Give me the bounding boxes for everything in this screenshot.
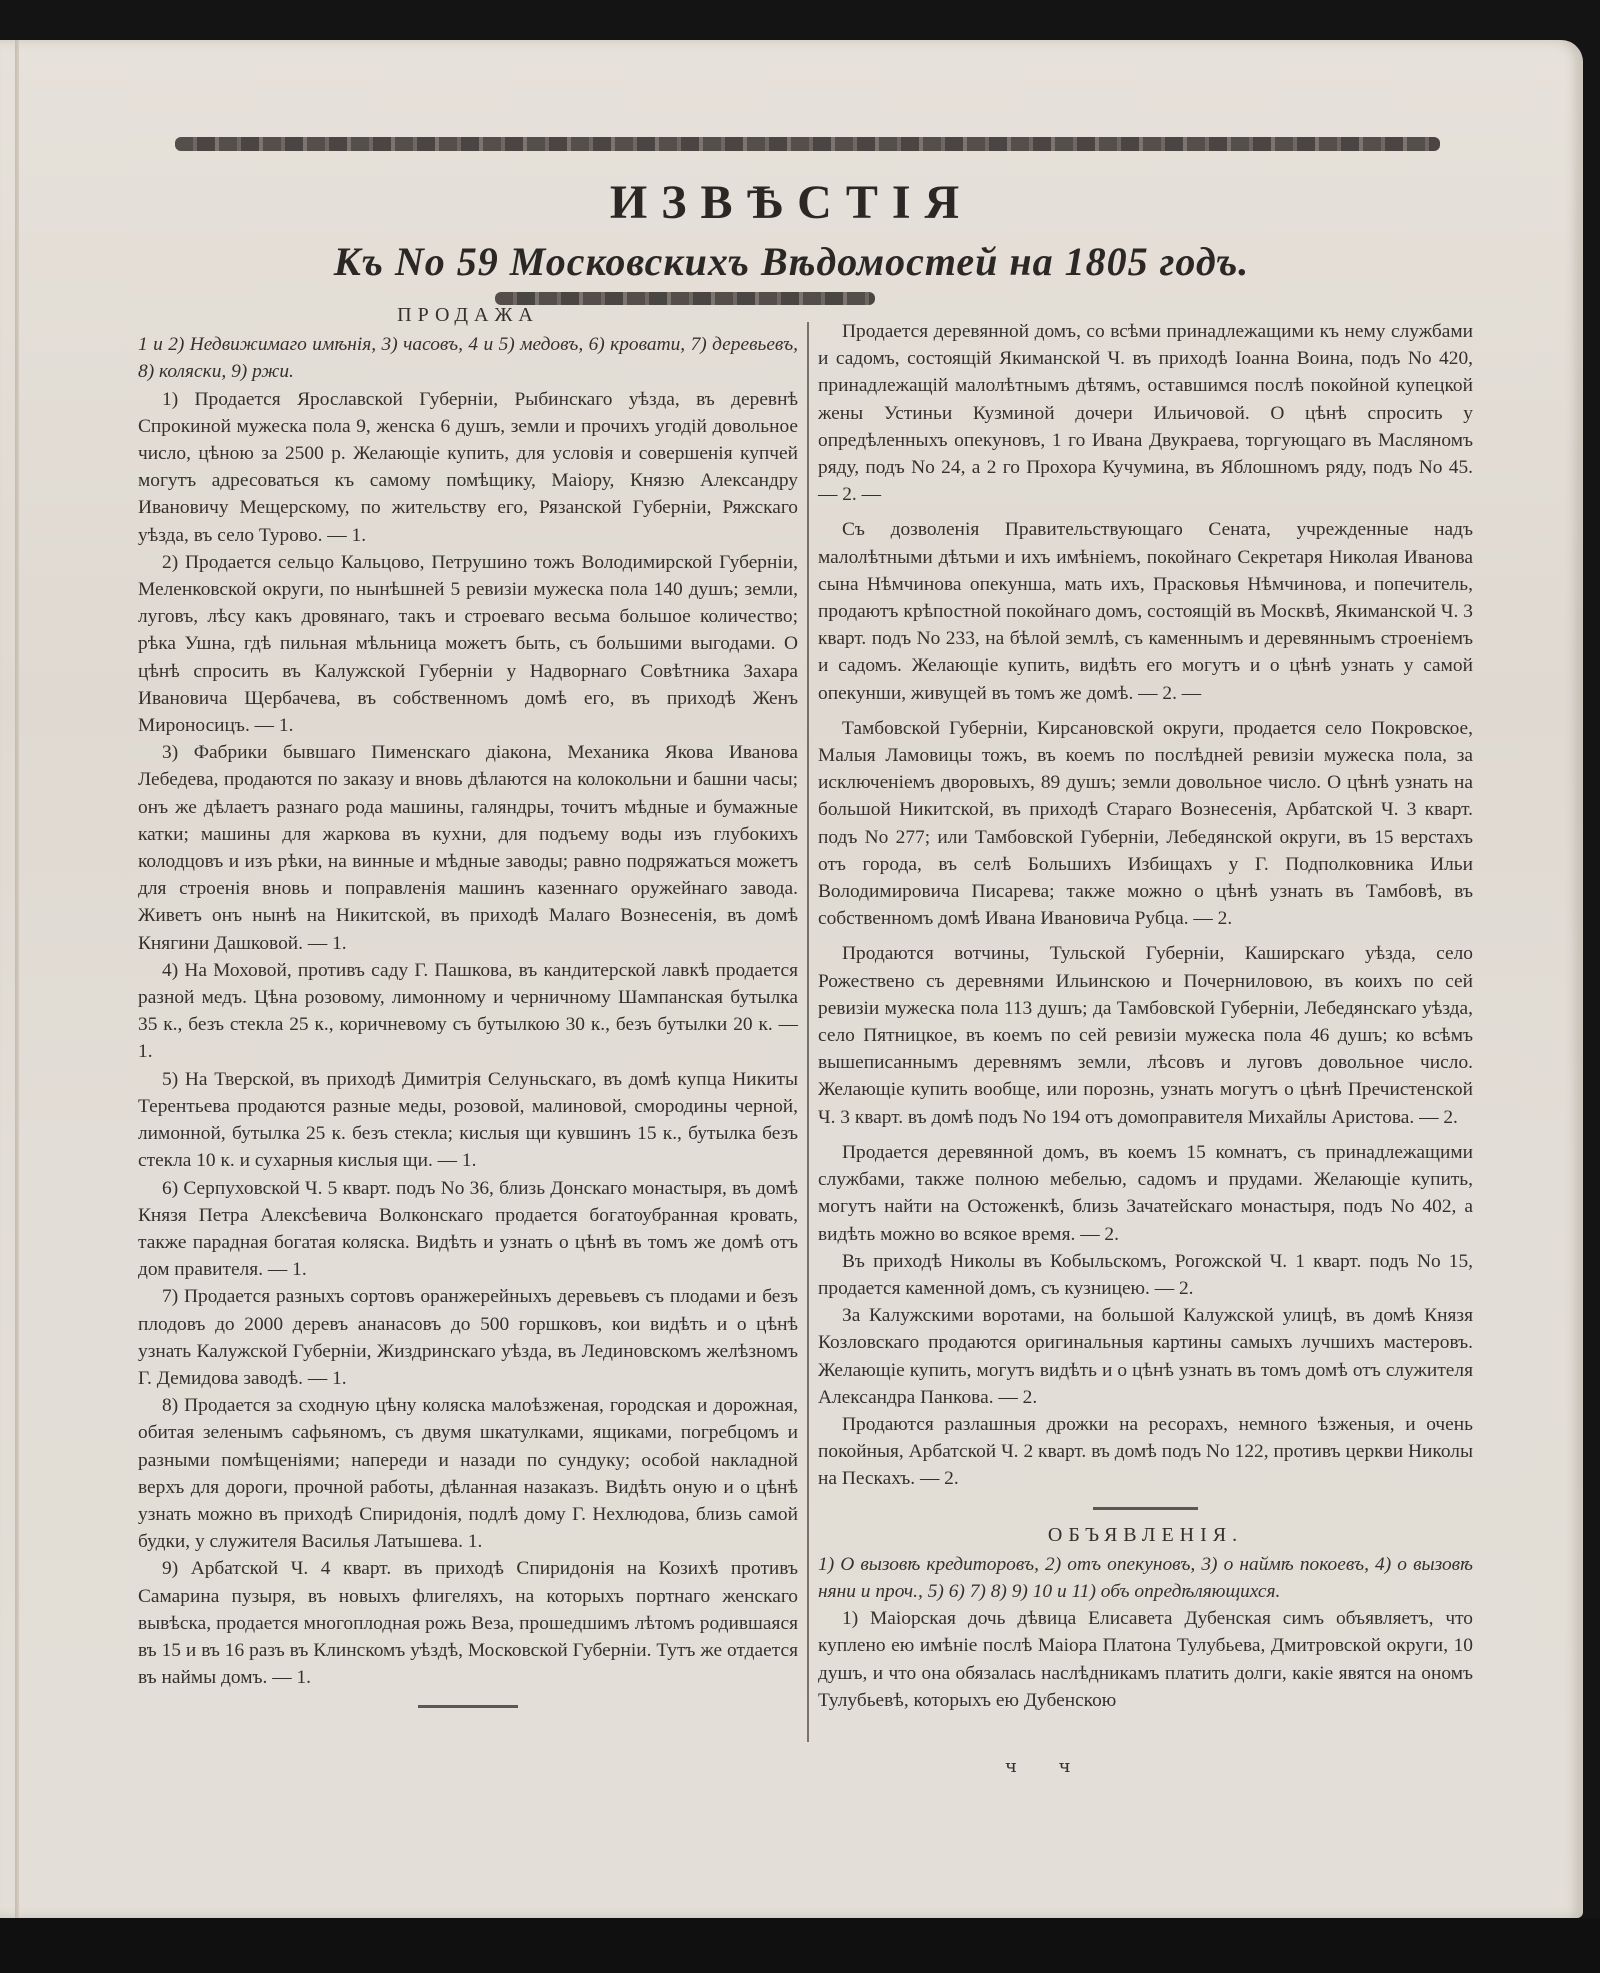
sale-item: За Калужскими воротами, на большой Калуж… bbox=[818, 1302, 1473, 1411]
sale-item: 3) Фабрики бывшаго Пименскаго діакона, М… bbox=[138, 739, 798, 957]
section-separator-rule bbox=[1093, 1507, 1198, 1510]
sale-item: Продается деревянной домъ, со всѣми прин… bbox=[818, 318, 1473, 508]
announcement-item: 1) Маіорская дочь дѣвица Елисавета Дубен… bbox=[818, 1605, 1473, 1714]
background-band bbox=[0, 1918, 1600, 1973]
sale-item: 5) На Тверской, въ приходѣ Димитрія Селу… bbox=[138, 1066, 798, 1175]
sale-item: 8) Продается за сходную цѣну коляска мал… bbox=[138, 1392, 798, 1555]
sale-item: Продаются вотчины, Тульской Губерніи, Ка… bbox=[818, 940, 1473, 1130]
sale-item: 4) На Моховой, противъ саду Г. Пашкова, … bbox=[138, 957, 798, 1066]
page-title: ИЗВѢСТІЯ bbox=[0, 175, 1583, 230]
sale-contents: 1 и 2) Недвижимаго имѣнія, 3) часовъ, 4 … bbox=[138, 331, 798, 385]
sale-item: 9) Арбатской Ч. 4 кварт. въ приходѣ Спир… bbox=[138, 1555, 798, 1691]
announcements-contents: 1) О вызовѣ кредиторовъ, 2) отъ опекунов… bbox=[818, 1551, 1473, 1605]
section-title-sale: ПРОДАЖА bbox=[138, 302, 798, 329]
column-end-rule bbox=[418, 1705, 518, 1708]
section-title-announcements: ОБЪЯВЛЕНІЯ. bbox=[818, 1522, 1473, 1549]
sale-item: Продаются разлашныя дрожки на ресорахъ, … bbox=[818, 1411, 1473, 1493]
right-column: Продается деревянной домъ, со всѣми прин… bbox=[818, 318, 1473, 1714]
sale-item: Въ приходѣ Николы въ Кобыльскомъ, Рогожс… bbox=[818, 1248, 1473, 1302]
sale-item: 6) Серпуховской Ч. 5 кварт. подъ No 36, … bbox=[138, 1175, 798, 1284]
left-column: ПРОДАЖА 1 и 2) Недвижимаго имѣнія, 3) ча… bbox=[138, 302, 798, 1720]
top-ornament-rule bbox=[175, 137, 1440, 151]
sale-item: Тамбовской Губерніи, Кирсановской округи… bbox=[818, 715, 1473, 933]
signature-mark: ч ч bbox=[1005, 1756, 1089, 1777]
sale-item: 1) Продается Ярославской Губерніи, Рыбин… bbox=[138, 386, 798, 549]
page-spine bbox=[15, 40, 19, 1918]
column-divider bbox=[807, 322, 809, 1742]
sale-item: Съ дозволенія Правительствующаго Сената,… bbox=[818, 516, 1473, 706]
sale-item: 7) Продается разныхъ сортовъ оранжерейны… bbox=[138, 1283, 798, 1392]
sale-item: 2) Продается сельцо Кальцово, Петрушино … bbox=[138, 549, 798, 739]
page-subtitle: Къ No 59 Московскихъ Вѣдомостей на 1805 … bbox=[0, 238, 1583, 285]
sale-item: Продается деревянной домъ, въ коемъ 15 к… bbox=[818, 1139, 1473, 1248]
